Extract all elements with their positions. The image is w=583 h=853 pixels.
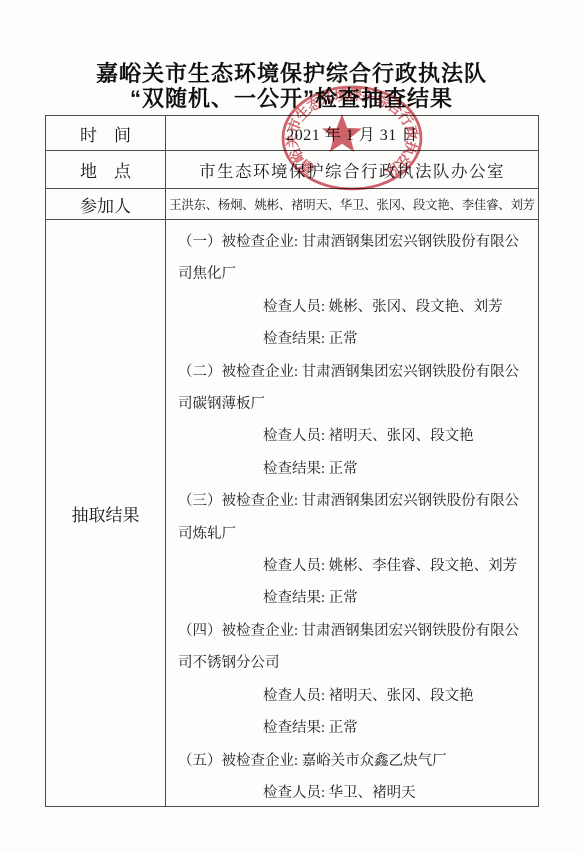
participants-label: 参加人 <box>46 189 166 219</box>
title-line-1: 嘉峪关市生态环境保护综合行政执法队 <box>0 61 583 86</box>
document-title: 嘉峪关市生态环境保护综合行政执法队 “双随机、一公开”检查抽查结果 <box>0 61 583 111</box>
entry-company-line: （三）被检查企业: 甘肃酒钢集团宏兴钢铁股份有限公司炼轧厂 <box>178 485 526 550</box>
results-table: 时 间 2021 年 1 月 31 日 地 点 市生态环境保护综合行政执法队办公… <box>45 115 539 807</box>
inspectors-names: 姚彬、李佳睿、段文艳、刘芳 <box>329 558 518 574</box>
results-detail-cell: （一）被检查企业: 甘肃酒钢集团宏兴钢铁股份有限公司焦化厂 检查人员: 姚彬、张… <box>166 220 538 806</box>
result-label: 检查结果: <box>263 461 329 477</box>
result-label: 检查结果: <box>263 720 329 736</box>
entry-result-line: 检查结果: 正常 <box>263 712 526 744</box>
time-value: 2021 年 1 月 31 日 <box>166 116 538 150</box>
result-value: 正常 <box>329 720 358 736</box>
participants-value: 王洪东、杨炯、姚彬、褚明天、华卫、张冈、段文艳、李佳睿、刘芳 <box>166 189 538 219</box>
document-page: 嘉峪关市生态环境保护综合行政执法队 “双随机、一公开”检查抽查结果 时 间 20… <box>0 0 583 853</box>
inspectors-names: 褚明天、张冈、段文艳 <box>329 428 474 444</box>
entry-prefix: （五）被检查企业: <box>178 753 302 769</box>
result-value: 正常 <box>329 331 358 347</box>
inspection-entry-3: （三）被检查企业: 甘肃酒钢集团宏兴钢铁股份有限公司炼轧厂 检查人员: 姚彬、李… <box>178 485 526 615</box>
result-value: 正常 <box>329 590 358 606</box>
entry-prefix: （四）被检查企业: <box>178 623 302 639</box>
entry-inspectors-line: 检查人员: 华卫、褚明天 <box>263 777 526 809</box>
table-row-place: 地 点 市生态环境保护综合行政执法队办公室 <box>46 151 538 189</box>
inspectors-label: 检查人员: <box>263 428 329 444</box>
entry-result-line: 检查结果: 正常 <box>263 453 526 485</box>
entry-prefix: （二）被检查企业: <box>178 364 302 380</box>
entry-company-line: （四）被检查企业: 甘肃酒钢集团宏兴钢铁股份有限公司不锈钢分公司 <box>178 615 526 680</box>
entry-prefix: （三）被检查企业: <box>178 493 302 509</box>
title-line-2: “双随机、一公开”检查抽查结果 <box>0 86 583 111</box>
inspectors-label: 检查人员: <box>263 558 329 574</box>
table-row-time: 时 间 2021 年 1 月 31 日 <box>46 116 538 151</box>
result-label: 检查结果: <box>263 331 329 347</box>
entry-company-line: （五）被检查企业: 嘉峪关市众鑫乙炔气厂 <box>178 745 526 777</box>
entry-prefix: （一）被检查企业: <box>178 234 302 250</box>
inspectors-names: 华卫、褚明天 <box>329 785 416 801</box>
table-row-results: 抽取结果 （一）被检查企业: 甘肃酒钢集团宏兴钢铁股份有限公司焦化厂 检查人员:… <box>46 220 538 806</box>
place-label: 地 点 <box>46 151 166 188</box>
result-label: 检查结果: <box>263 590 329 606</box>
inspection-entry-2: （二）被检查企业: 甘肃酒钢集团宏兴钢铁股份有限公司碳钢薄板厂 检查人员: 褚明… <box>178 356 526 486</box>
inspectors-label: 检查人员: <box>263 299 329 315</box>
inspectors-names: 姚彬、张冈、段文艳、刘芳 <box>329 299 503 315</box>
entry-company: 嘉峪关市众鑫乙炔气厂 <box>302 753 447 769</box>
entry-company-line: （一）被检查企业: 甘肃酒钢集团宏兴钢铁股份有限公司焦化厂 <box>178 226 526 291</box>
entry-result-line: 检查结果: 正常 <box>263 582 526 614</box>
inspectors-names: 褚明天、张冈、段文艳 <box>329 688 474 704</box>
entry-result-line: 检查结果: 正常 <box>263 323 526 355</box>
inspectors-label: 检查人员: <box>263 785 329 801</box>
inspectors-label: 检查人员: <box>263 688 329 704</box>
inspection-entry-1: （一）被检查企业: 甘肃酒钢集团宏兴钢铁股份有限公司焦化厂 检查人员: 姚彬、张… <box>178 226 526 356</box>
entry-inspectors-line: 检查人员: 姚彬、李佳睿、段文艳、刘芳 <box>263 550 526 582</box>
results-label: 抽取结果 <box>46 220 166 806</box>
entry-inspectors-line: 检查人员: 姚彬、张冈、段文艳、刘芳 <box>263 291 526 323</box>
place-value: 市生态环境保护综合行政执法队办公室 <box>166 151 538 188</box>
result-value: 正常 <box>329 461 358 477</box>
table-row-participants: 参加人 王洪东、杨炯、姚彬、褚明天、华卫、张冈、段文艳、李佳睿、刘芳 <box>46 189 538 220</box>
time-label: 时 间 <box>46 116 166 150</box>
entry-inspectors-line: 检查人员: 褚明天、张冈、段文艳 <box>263 420 526 452</box>
inspection-entry-4: （四）被检查企业: 甘肃酒钢集团宏兴钢铁股份有限公司不锈钢分公司 检查人员: 褚… <box>178 615 526 745</box>
entry-inspectors-line: 检查人员: 褚明天、张冈、段文艳 <box>263 680 526 712</box>
entry-company-line: （二）被检查企业: 甘肃酒钢集团宏兴钢铁股份有限公司碳钢薄板厂 <box>178 356 526 421</box>
inspection-entry-5: （五）被检查企业: 嘉峪关市众鑫乙炔气厂 检查人员: 华卫、褚明天 <box>178 745 526 810</box>
